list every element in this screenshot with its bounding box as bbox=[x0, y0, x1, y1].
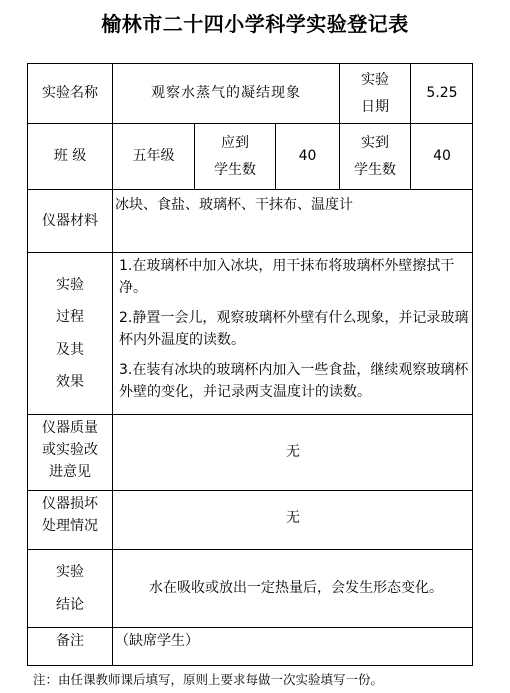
remarks-value: （缺席学生） bbox=[113, 628, 473, 666]
conclusion-label-line-2: 结论 bbox=[56, 589, 84, 621]
suggestions-label: 仪器质量 或实验改 进意见 bbox=[28, 415, 113, 491]
materials-value: 冰块、食盐、玻璃杯、干抹布、温度计 bbox=[113, 190, 473, 253]
experiment-record-table: 实验名称 观察水蒸气的凝结现象 实验 日期 5.25 班 级 五年级 应到 学生… bbox=[27, 63, 473, 666]
date-label-line-2: 日期 bbox=[361, 94, 389, 121]
process-label-line-4: 效果 bbox=[56, 366, 84, 398]
suggestions-label-line-1: 仪器质量 bbox=[42, 417, 98, 439]
class-value: 五年级 bbox=[113, 124, 195, 190]
suggestions-value: 无 bbox=[113, 415, 473, 491]
process-label-line-2: 过程 bbox=[56, 301, 84, 333]
damage-label-line-2: 处理情况 bbox=[42, 515, 98, 537]
page-title: 榆林市二十四小学科学实验登记表 bbox=[0, 8, 510, 37]
process-label-line-1: 实验 bbox=[56, 269, 84, 301]
materials-label: 仪器材料 bbox=[28, 190, 113, 253]
conclusion-label: 实验 结论 bbox=[28, 550, 113, 628]
actual-students-label: 实到 学生数 bbox=[340, 124, 411, 190]
actual-label-line-1: 实到 bbox=[361, 130, 389, 157]
conclusion-value: 水在吸收或放出一定热量后，会发生形态变化。 bbox=[113, 550, 473, 628]
experiment-date-label: 实验 日期 bbox=[340, 64, 411, 124]
damage-value: 无 bbox=[113, 491, 473, 550]
process-step-1: 1.在玻璃杯中加入冰块，用干抹布将玻璃杯外壁擦拭干净。 bbox=[119, 255, 469, 299]
suggestions-label-line-2: 或实验改 bbox=[42, 439, 98, 461]
actual-students-value: 40 bbox=[411, 124, 473, 190]
expected-students-label: 应到 学生数 bbox=[195, 124, 276, 190]
process-step-3: 3.在装有冰块的玻璃杯内加入一些食盐，继续观察玻璃杯外壁的变化，并记录两支温度计… bbox=[119, 359, 469, 403]
damage-label-line-1: 仪器损坏 bbox=[42, 493, 98, 515]
experiment-name-value: 观察水蒸气的凝结现象 bbox=[113, 64, 340, 124]
damage-label: 仪器损坏 处理情况 bbox=[28, 491, 113, 550]
expected-students-value: 40 bbox=[276, 124, 340, 190]
suggestions-label-line-3: 进意见 bbox=[49, 461, 91, 483]
remarks-label: 备注 bbox=[28, 628, 113, 666]
process-label: 实验 过程 及其 效果 bbox=[28, 253, 113, 415]
process-steps: 1.在玻璃杯中加入冰块，用干抹布将玻璃杯外壁擦拭干净。 2.静置一会儿，观察玻璃… bbox=[113, 253, 473, 411]
process-step-2: 2.静置一会儿，观察玻璃杯外壁有什么现象，并记录玻璃杯内外温度的读数。 bbox=[119, 307, 469, 351]
conclusion-label-line-1: 实验 bbox=[56, 556, 84, 588]
experiment-name-label: 实验名称 bbox=[28, 64, 113, 124]
process-label-line-3: 及其 bbox=[56, 334, 84, 366]
class-label: 班 级 bbox=[28, 124, 113, 190]
experiment-date-value: 5.25 bbox=[411, 64, 473, 124]
expected-label-line-2: 学生数 bbox=[214, 157, 256, 184]
date-label-line-1: 实验 bbox=[361, 67, 389, 94]
actual-label-line-2: 学生数 bbox=[354, 157, 396, 184]
footnote: 注：由任课教师课后填写，原则上要求每做一次实验填写一份。 bbox=[33, 670, 383, 688]
expected-label-line-1: 应到 bbox=[221, 130, 249, 157]
